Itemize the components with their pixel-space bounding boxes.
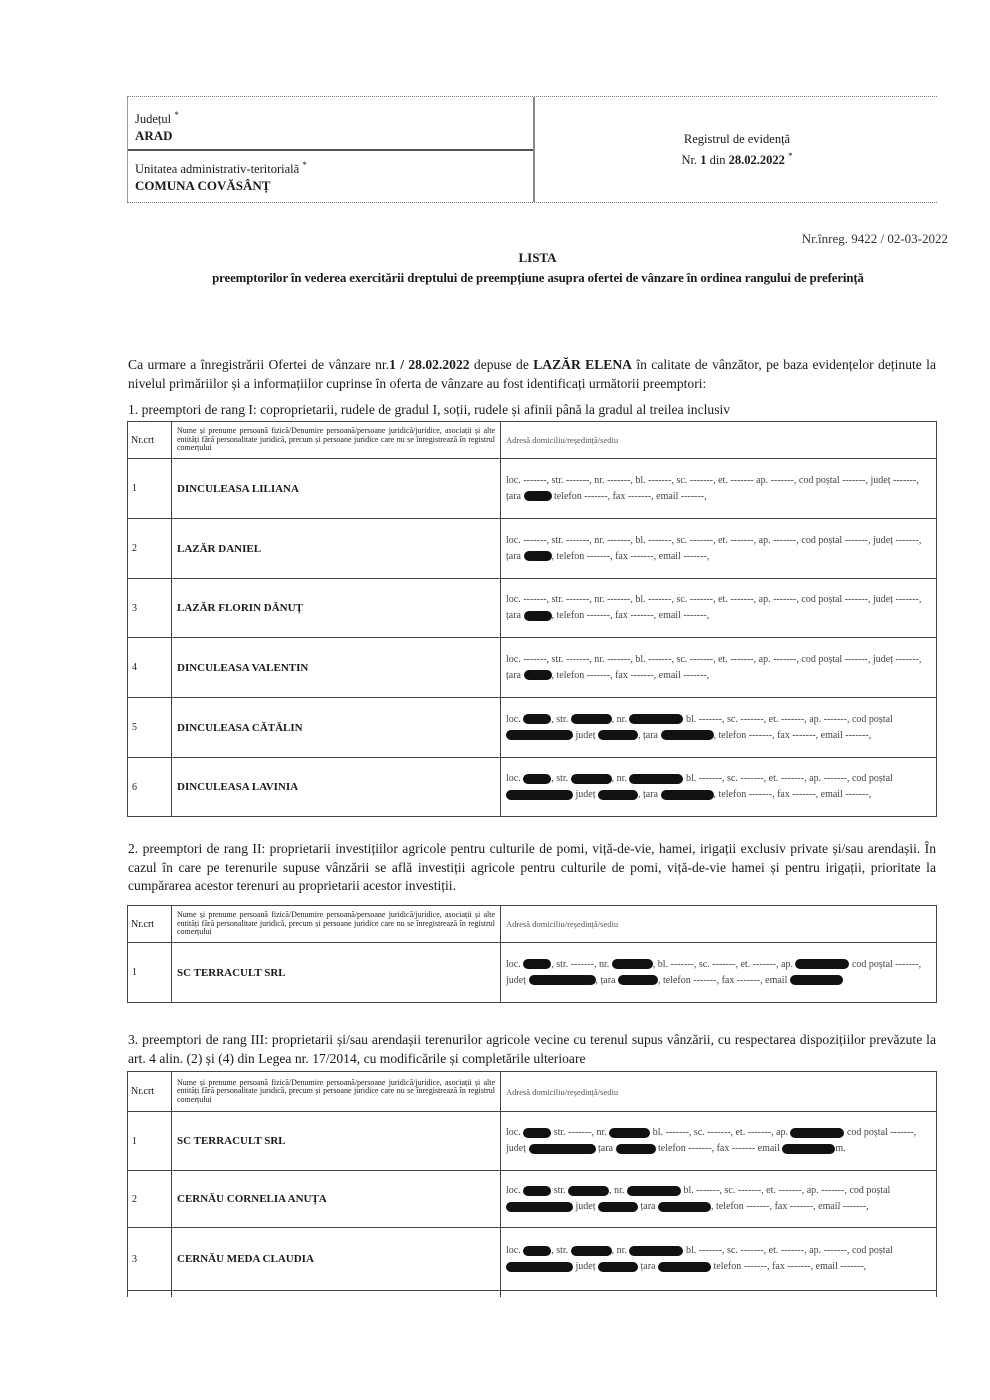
preemptors-table-rank-1: Nr.crt Nume și prenume persoană fizică/D…	[127, 421, 937, 817]
redaction-mark	[529, 975, 596, 985]
preemptor-address: loc. -------, str. -------, nr. -------,…	[501, 519, 937, 579]
preemptor-address: loc. , str. , nr. bl. -------, sc. -----…	[501, 1228, 937, 1291]
redaction-mark	[506, 730, 573, 740]
table-row-partial	[128, 1291, 937, 1297]
redaction-mark	[506, 790, 573, 800]
required-asterisk: *	[302, 160, 307, 170]
uat-label: Unitatea administrativ-teritorială	[135, 162, 299, 176]
col-header-address: Adresă domiciliu/reședință/sediu	[501, 1072, 937, 1112]
registration-number: Nr.înreg. 9422 / 02-03-2022	[802, 231, 948, 247]
registry-label: Registrul de evidență	[537, 132, 937, 147]
section-heading-rank-3: 3. preemptori de rang III: proprietarii …	[128, 1031, 936, 1068]
registry-cell: Registrul de evidență Nr. 1 din 28.02.20…	[537, 97, 937, 202]
redaction-mark	[568, 1186, 609, 1196]
registry-number: Nr. 1 din 28.02.2022 *	[537, 151, 937, 168]
redaction-mark	[790, 1128, 844, 1138]
redaction-mark	[571, 714, 612, 724]
redaction-mark	[658, 1202, 711, 1212]
table-row: 3 LAZĂR FLORIN DĂNUȚ loc. -------, str. …	[128, 579, 937, 638]
required-asterisk: *	[174, 110, 179, 120]
col-header-address: Adresă domiciliu/reședință/sediu	[501, 422, 937, 459]
redaction-mark	[629, 774, 683, 784]
table-row: 2 CERNĂU CORNELIA ANUȚA loc. str. , nr. …	[128, 1171, 937, 1228]
preemptor-address: loc. -------, str. -------, nr. -------,…	[501, 579, 937, 638]
redaction-mark	[524, 491, 552, 501]
seller-name: LAZĂR ELENA	[533, 357, 632, 372]
preemptor-address: loc. , str. -------, nr. , bl. -------, …	[501, 943, 937, 1003]
section-heading-rank-1: 1. preemptori de rang I: coproprietarii,…	[128, 401, 936, 420]
redaction-mark	[629, 714, 683, 724]
intro-paragraph: Ca urmare a înregistrării Ofertei de vân…	[128, 356, 936, 393]
redaction-mark	[598, 1202, 638, 1212]
redaction-mark	[782, 1144, 835, 1154]
table-header-row: Nr.crt Nume și prenume persoană fizică/D…	[128, 422, 937, 459]
preemptor-address: loc. str. , nr. bl. -------, sc. -------…	[501, 1171, 937, 1228]
preemptors-table-rank-2: Nr.crt Nume și prenume persoană fizică/D…	[127, 905, 937, 1003]
col-header-address: Adresă domiciliu/reședință/sediu	[501, 906, 937, 943]
redaction-mark	[524, 611, 552, 621]
preemptor-address: loc. str. -------, nr. bl. -------, sc. …	[501, 1112, 937, 1171]
redaction-mark	[616, 1144, 656, 1154]
table-row: 5 DINCULEASA CĂTĂLIN loc. , str. , nr. b…	[128, 698, 937, 758]
preemptor-address: loc. , str. , nr. bl. -------, sc. -----…	[501, 698, 937, 758]
table-row: 6 DINCULEASA LAVINIA loc. , str. , nr. b…	[128, 758, 937, 817]
redaction-mark	[523, 959, 551, 969]
redaction-mark	[598, 790, 638, 800]
redaction-mark	[661, 790, 714, 800]
col-header-nr: Nr.crt	[128, 906, 172, 943]
preemptor-name: SC TERRACULT SRL	[172, 943, 501, 1003]
redaction-mark	[790, 975, 843, 985]
redaction-mark	[658, 1262, 711, 1272]
preemptor-address: loc. -------, str. -------, nr. -------,…	[501, 638, 937, 698]
document-title: LISTA	[0, 250, 990, 266]
table-header-row: Nr.crt Nume și prenume persoană fizică/D…	[128, 1072, 937, 1112]
table-header-row: Nr.crt Nume și prenume persoană fizică/D…	[128, 906, 937, 943]
uat-cell: Unitatea administrativ-teritorială * COM…	[128, 151, 533, 202]
redaction-mark	[523, 1128, 551, 1138]
offer-number: 1 / 28.02.2022	[389, 357, 469, 372]
redaction-mark	[571, 1246, 612, 1256]
redaction-mark	[612, 959, 653, 969]
redaction-mark	[571, 774, 612, 784]
redaction-mark	[598, 1262, 638, 1272]
redaction-mark	[523, 714, 551, 724]
redaction-mark	[523, 1246, 551, 1256]
judet-value: ARAD	[128, 127, 533, 145]
preemptor-name: SC TERRACULT SRL	[172, 1112, 501, 1171]
redaction-mark	[529, 1144, 596, 1154]
preemptor-name: DINCULEASA CĂTĂLIN	[172, 698, 501, 758]
redaction-mark	[506, 1262, 573, 1272]
redaction-mark	[598, 730, 638, 740]
preemptor-name: CERNĂU MEDA CLAUDIA	[172, 1228, 501, 1291]
section-heading-rank-2: 2. preemptori de rang II: proprietarii i…	[128, 840, 936, 896]
table-row: 1 DINCULEASA LILIANA loc. -------, str. …	[128, 459, 937, 519]
col-header-name: Nume și prenume persoană fizică/Denumire…	[172, 1072, 501, 1112]
document-subtitle: preemptorilor în vederea exercitării dre…	[128, 271, 948, 286]
col-header-nr: Nr.crt	[128, 1072, 172, 1112]
col-header-name: Nume și prenume persoană fizică/Denumire…	[172, 906, 501, 943]
table-row: 2 LAZĂR DANIEL loc. -------, str. ------…	[128, 519, 937, 579]
redaction-mark	[523, 774, 551, 784]
table-row: 3 CERNĂU MEDA CLAUDIA loc. , str. , nr. …	[128, 1228, 937, 1291]
preemptor-name: CERNĂU CORNELIA ANUȚA	[172, 1171, 501, 1228]
redaction-mark	[524, 551, 552, 561]
preemptor-name: DINCULEASA LILIANA	[172, 459, 501, 519]
redaction-mark	[661, 730, 714, 740]
redaction-mark	[795, 959, 849, 969]
judet-cell: Județul * ARAD	[128, 97, 533, 151]
preemptor-address: loc. , str. , nr. bl. -------, sc. -----…	[501, 758, 937, 817]
preemptor-address: loc. -------, str. -------, nr. -------,…	[501, 459, 937, 519]
redaction-mark	[629, 1246, 683, 1256]
preemptor-name: DINCULEASA VALENTIN	[172, 638, 501, 698]
header-box: Județul * ARAD Unitatea administrativ-te…	[127, 96, 937, 203]
preemptor-name: DINCULEASA LAVINIA	[172, 758, 501, 817]
col-header-nr: Nr.crt	[128, 422, 172, 459]
redaction-mark	[524, 670, 552, 680]
judet-label: Județul	[135, 112, 171, 126]
redaction-mark	[609, 1128, 650, 1138]
redaction-mark	[618, 975, 658, 985]
preemptor-name: LAZĂR DANIEL	[172, 519, 501, 579]
header-left: Județul * ARAD Unitatea administrativ-te…	[127, 97, 535, 202]
col-header-name: Nume și prenume persoană fizică/Denumire…	[172, 422, 501, 459]
table-row: 1 SC TERRACULT SRL loc. , str. -------, …	[128, 943, 937, 1003]
table-row: 4 DINCULEASA VALENTIN loc. -------, str.…	[128, 638, 937, 698]
redaction-mark	[506, 1202, 573, 1212]
redaction-mark	[523, 1186, 551, 1196]
redaction-mark	[627, 1186, 681, 1196]
table-row: 1 SC TERRACULT SRL loc. str. -------, nr…	[128, 1112, 937, 1171]
uat-value: COMUNA COVĂSÂNȚ	[128, 177, 533, 195]
preemptor-name: LAZĂR FLORIN DĂNUȚ	[172, 579, 501, 638]
preemptors-table-rank-3: Nr.crt Nume și prenume persoană fizică/D…	[127, 1071, 937, 1297]
